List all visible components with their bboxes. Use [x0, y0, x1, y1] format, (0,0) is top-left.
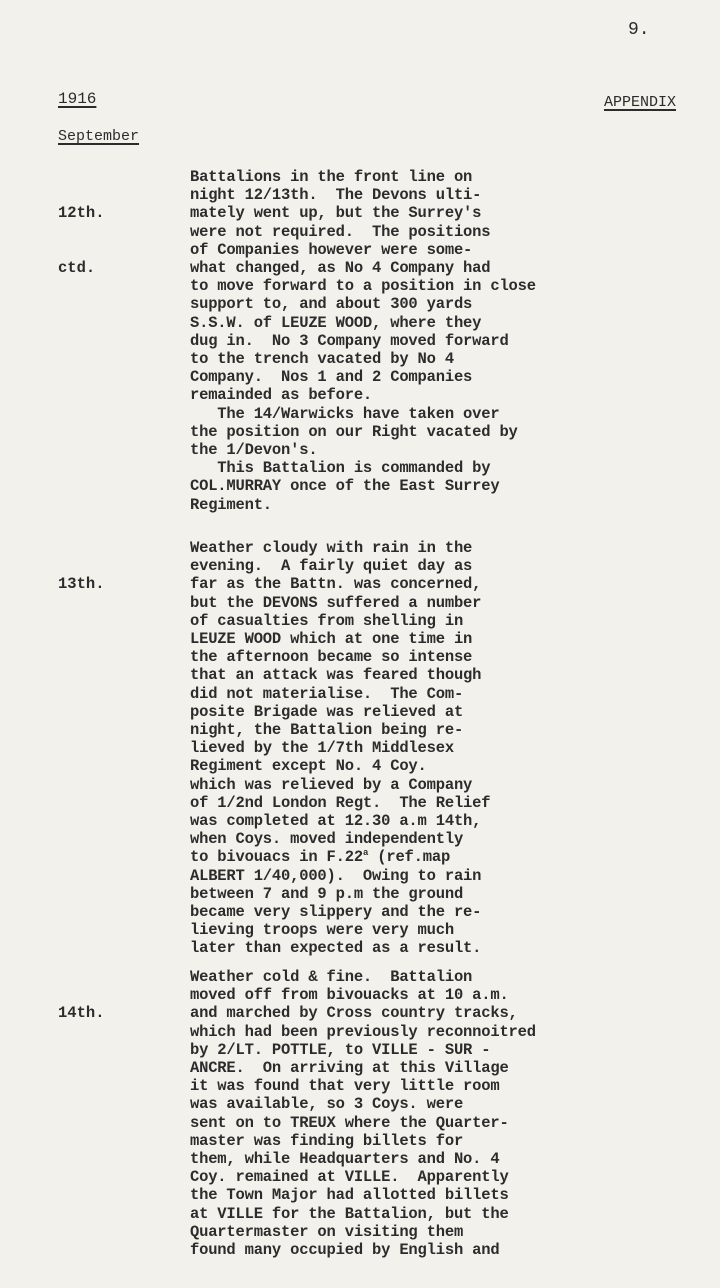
text-line: did not materialise. The Com-: [190, 685, 490, 703]
text-line: of Companies however were some-: [190, 241, 536, 259]
text-line: which had been previously reconnoitred: [190, 1023, 536, 1041]
text-line: posite Brigade was relieved at: [190, 703, 490, 721]
text-line: was available, so 3 Coys. were: [190, 1095, 536, 1113]
text-line: Battalions in the front line on: [190, 168, 536, 186]
text-line: Company. Nos 1 and 2 Companies: [190, 368, 536, 386]
text-line: of casualties from shelling in: [190, 612, 490, 630]
text-line: and marched by Cross country tracks,: [190, 1004, 536, 1022]
text-line: The 14/Warwicks have taken over: [190, 405, 536, 423]
text-line: were not required. The positions: [190, 223, 536, 241]
text-line: between 7 and 9 p.m the ground: [190, 885, 490, 903]
entry-text: Weather cloudy with rain in theevening. …: [190, 539, 490, 958]
text-line: the Town Major had allotted billets: [190, 1186, 536, 1204]
text-line: the afternoon became so intense: [190, 648, 490, 666]
month-heading: September: [58, 128, 139, 145]
text-line: to bivouacs in F.22a (ref.map: [190, 848, 490, 866]
text-line: Quartermaster on visiting them: [190, 1223, 536, 1241]
text-line: the 1/Devon's.: [190, 441, 536, 459]
text-line: This Battalion is commanded by: [190, 459, 536, 477]
text-line: S.S.W. of LEUZE WOOD, where they: [190, 314, 536, 332]
text-line: was completed at 12.30 a.m 14th,: [190, 812, 490, 830]
text-line: LEUZE WOOD which at one time in: [190, 630, 490, 648]
text-line: sent on to TREUX where the Quarter-: [190, 1114, 536, 1132]
text-line: evening. A fairly quiet day as: [190, 557, 490, 575]
entry-text: Weather cold & fine. Battalionmoved off …: [190, 968, 536, 1259]
text-line: night 12/13th. The Devons ulti-: [190, 186, 536, 204]
appendix-label: APPENDIX: [604, 94, 676, 111]
year-heading: 1916: [58, 90, 96, 108]
text-line: lieving troops were very much: [190, 921, 490, 939]
text-line: what changed, as No 4 Company had: [190, 259, 536, 277]
text-line: that an attack was feared though: [190, 666, 490, 684]
text-line: master was finding billets for: [190, 1132, 536, 1150]
text-line: to move forward to a position in close: [190, 277, 536, 295]
entry-text: Battalions in the front line onnight 12/…: [190, 168, 536, 514]
text-line: ANCRE. On arriving at this Village: [190, 1059, 536, 1077]
text-line: moved off from bivouacks at 10 a.m.: [190, 986, 536, 1004]
text-line: later than expected as a result.: [190, 939, 490, 957]
text-line: which was relieved by a Company: [190, 776, 490, 794]
text-line: it was found that very little room: [190, 1077, 536, 1095]
text-line: remainded as before.: [190, 386, 536, 404]
text-line: when Coys. moved independently: [190, 830, 490, 848]
text-line: found many occupied by English and: [190, 1241, 536, 1259]
text-line: by 2/LT. POTTLE, to VILLE - SUR -: [190, 1041, 536, 1059]
entry-date: 14th.: [58, 968, 114, 1059]
entry-date: 12th. ctd.: [58, 168, 114, 314]
text-line: far as the Battn. was concerned,: [190, 575, 490, 593]
text-line: night, the Battalion being re-: [190, 721, 490, 739]
text-line: at VILLE for the Battalion, but the: [190, 1205, 536, 1223]
text-line: to the trench vacated by No 4: [190, 350, 536, 368]
text-line: but the DEVONS suffered a number: [190, 594, 490, 612]
text-line: mately went up, but the Surrey's: [190, 204, 536, 222]
text-line: them, while Headquarters and No. 4: [190, 1150, 536, 1168]
text-line: dug in. No 3 Company moved forward: [190, 332, 536, 350]
text-line: lieved by the 1/7th Middlesex: [190, 739, 490, 757]
text-line: Weather cold & fine. Battalion: [190, 968, 536, 986]
text-line: became very slippery and the re-: [190, 903, 490, 921]
text-line: support to, and about 300 yards: [190, 295, 536, 313]
text-line: COL.MURRAY once of the East Surrey: [190, 477, 536, 495]
text-line: Regiment.: [190, 496, 536, 514]
text-line: the position on our Right vacated by: [190, 423, 536, 441]
document-page: 9. 1916 APPENDIX September 12th. ctd. Ba…: [0, 0, 720, 1288]
text-line: of 1/2nd London Regt. The Relief: [190, 794, 490, 812]
text-line: ALBERT 1/40,000). Owing to rain: [190, 867, 490, 885]
text-line: Coy. remained at VILLE. Apparently: [190, 1168, 536, 1186]
entry-date: 13th.: [58, 539, 114, 630]
page-number: 9.: [628, 20, 650, 40]
text-line: Regiment except No. 4 Coy.: [190, 757, 490, 775]
text-line: Weather cloudy with rain in the: [190, 539, 490, 557]
